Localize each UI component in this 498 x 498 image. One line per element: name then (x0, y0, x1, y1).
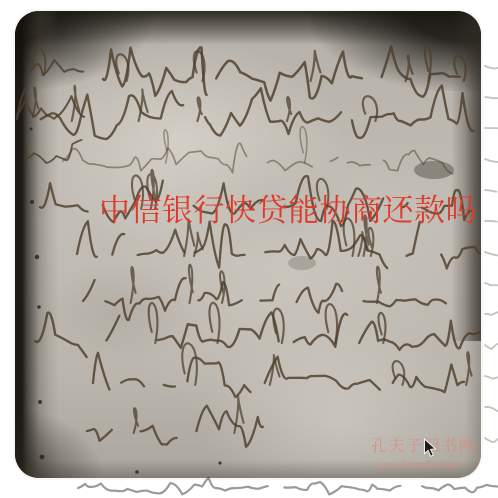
scribble-stroke (72, 86, 377, 121)
scribble-stroke (17, 86, 473, 140)
scribble-stroke (32, 47, 46, 75)
scribble-stroke (63, 143, 453, 173)
scribble-stroke (485, 128, 498, 129)
manuscript-photo-card: 中信银行快贷能协商还款吗 孔夫子旧书网 www.kongfz.com (13, 9, 483, 480)
cursor-icon (423, 438, 438, 458)
ink-smudge (414, 161, 454, 179)
overlay-title: 中信银行快贷能协商还款吗 (99, 193, 477, 229)
scribble-stroke (485, 97, 498, 98)
scribble-stroke (93, 353, 478, 397)
wormhole-speck (30, 128, 33, 131)
scribble-stroke (485, 252, 498, 255)
spam-thumbnail-image: 中信银行快贷能协商还款吗 孔夫子旧书网 www.kongfz.com (0, 0, 498, 498)
scribble-stroke (103, 46, 478, 101)
wormhole-speck (135, 470, 139, 474)
scribble-stroke (485, 407, 498, 412)
wormhole-speck (35, 255, 39, 259)
scribble-stroke (182, 343, 471, 385)
scribble-stroke (35, 312, 483, 357)
scribble-stroke (83, 278, 483, 320)
ink-smudge (288, 256, 316, 270)
scribble-stroke (485, 283, 498, 285)
scribble-stroke (485, 343, 498, 348)
scribble-stroke (485, 436, 498, 442)
scribble-stroke (485, 65, 498, 69)
handwriting-scribbles (15, 11, 483, 480)
watermark-url: www.kongfz.com (375, 459, 476, 471)
scribble-stroke (131, 265, 381, 303)
scribble-stroke (25, 140, 82, 163)
wormhole-speck (30, 200, 34, 204)
scribble-stroke (78, 478, 497, 495)
wormhole-speck (40, 455, 45, 460)
scribble-stroke (485, 310, 498, 315)
wormhole-speck (38, 400, 42, 404)
wormhole-speck (37, 305, 41, 309)
scribble-stroke (485, 221, 497, 222)
scribble-stroke (30, 60, 83, 75)
wormhole-speck (218, 461, 221, 464)
scribble-stroke (485, 190, 496, 192)
scribble-stroke (485, 159, 498, 163)
scribble-stroke (485, 374, 498, 379)
